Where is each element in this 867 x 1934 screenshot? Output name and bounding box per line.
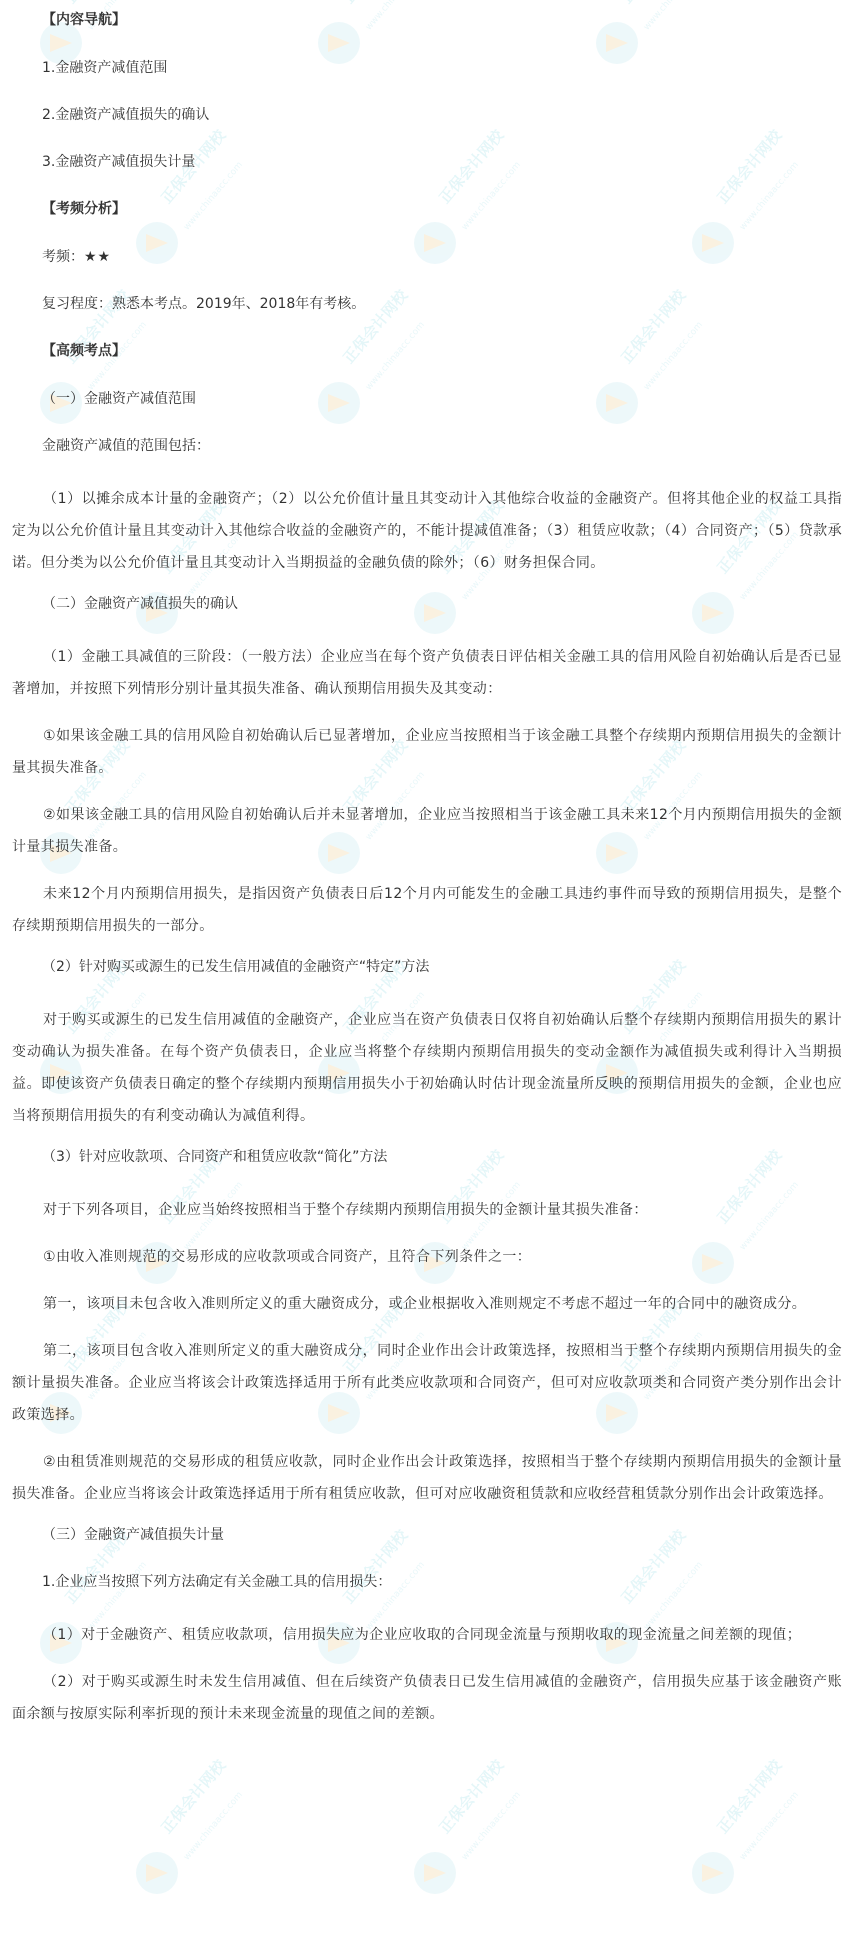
- star-rating-icon: ★★: [84, 249, 111, 265]
- nav-item: 1.金融资产减值范围: [42, 58, 842, 105]
- nav-heading: 【内容导航】: [42, 10, 842, 58]
- chinaacc-logo-icon: [414, 1852, 456, 1894]
- subsection-title: （3）针对应收款项、合同资产和租赁应收款“简化”方法: [42, 1147, 842, 1194]
- watermark: 正保会计网校www.chinaacc.com: [136, 1790, 336, 1930]
- section-title: （二）金融资产减值损失的确认: [42, 594, 842, 641]
- frequency-line: 考频：★★: [42, 247, 842, 294]
- paragraph: （2）对于购买或源生时未发生信用减值、但在后续资产负债表日已发生信用减值的金融资…: [12, 1666, 842, 1730]
- paragraph: ①如果该金融工具的信用风险自初始确认后已显著增加，企业应当按照相当于该金融工具整…: [12, 720, 842, 784]
- article: 【内容导航】 1.金融资产减值范围 2.金融资产减值损失的确认 3.金融资产减值…: [0, 0, 867, 1730]
- paragraph: （1）以摊余成本计量的金融资产；（2）以公允价值计量且其变动计入其他综合收益的金…: [12, 483, 842, 579]
- paragraph: 对于购买或源生的已发生信用减值的金融资产，企业应当在资产负债表日仅将自初始确认后…: [12, 1004, 842, 1132]
- nav-item: 2.金融资产减值损失的确认: [42, 105, 842, 152]
- paragraph: ②如果该金融工具的信用风险自初始确认后并未显著增加，企业应当按照相当于该金融工具…: [12, 799, 842, 863]
- frequency-label: 考频：: [42, 249, 84, 265]
- paragraph: ②由租赁准则规范的交易形成的租赁应收款，同时企业作出会计政策选择，按照相当于整个…: [12, 1446, 842, 1510]
- paragraph: 第二，该项目包含收入准则所定义的重大融资成分，同时企业作出会计政策选择，按照相当…: [12, 1335, 842, 1431]
- chinaacc-logo-icon: [692, 1852, 734, 1894]
- points-heading: 【高频考点】: [42, 341, 842, 389]
- paragraph: 对于下列各项目，企业应当始终按照相当于整个存续期内预期信用损失的金额计量其损失准…: [12, 1194, 842, 1226]
- analysis-heading: 【考频分析】: [42, 199, 842, 247]
- paragraph: 未来12个月内预期信用损失，是指因资产负债表日后12个月内可能发生的金融工具违约…: [12, 878, 842, 942]
- review-level: 复习程度：熟悉本考点。2019年、2018年有考核。: [42, 294, 842, 341]
- paragraph: ①由收入准则规范的交易形成的应收款项或合同资产，且符合下列条件之一：: [12, 1241, 842, 1273]
- paragraph: （1）金融工具减值的三阶段：（一般方法）企业应当在每个资产负债表日评估相关金融工…: [12, 641, 842, 705]
- section-intro: 金融资产减值的范围包括：: [42, 436, 842, 483]
- nav-item: 3.金融资产减值损失计量: [42, 152, 842, 199]
- watermark: 正保会计网校www.chinaacc.com: [414, 1790, 614, 1930]
- chinaacc-logo-icon: [136, 1852, 178, 1894]
- subsection-title: （2）针对购买或源生的已发生信用减值的金融资产“特定”方法: [42, 957, 842, 1004]
- paragraph: 第一，该项目未包含收入准则所定义的重大融资成分，或企业根据收入准则规定不考虑不超…: [12, 1288, 842, 1320]
- watermark: 正保会计网校www.chinaacc.com: [692, 1790, 867, 1930]
- section-intro: 1.企业应当按照下列方法确定有关金融工具的信用损失：: [42, 1572, 842, 1619]
- section-title: （一）金融资产减值范围: [42, 389, 842, 436]
- paragraph: （1）对于金融资产、租赁应收款项，信用损失应为企业应收取的合同现金流量与预期收取…: [12, 1619, 842, 1651]
- section-title: （三）金融资产减值损失计量: [42, 1525, 842, 1572]
